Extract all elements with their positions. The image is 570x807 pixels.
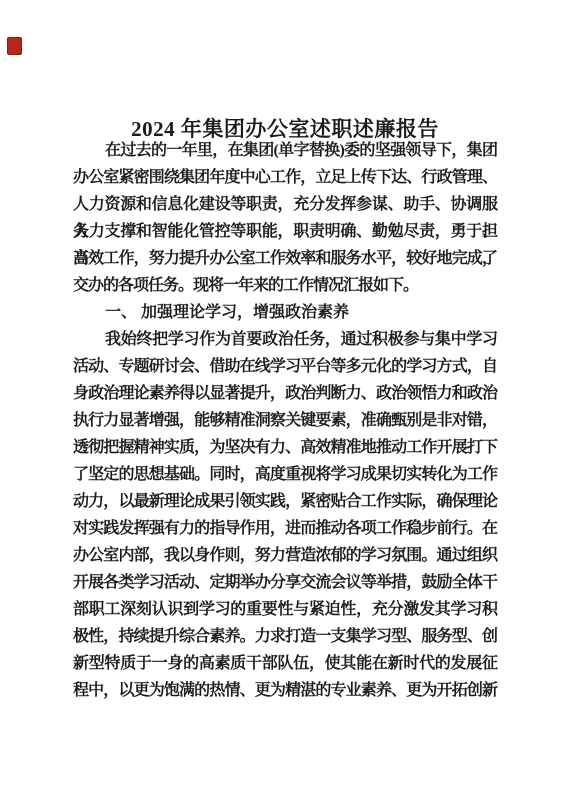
text-line: 了坚定的思想基础。同时，高度重视将学习成果切实转化为工作 <box>73 461 497 488</box>
text-line: 部职工深刻认识到学习的重要性与紧迫性，充分激发其学习积 <box>73 596 497 623</box>
text-line: 高效工作，努力提升办公室工作效率和服务水平，较好地完成了 <box>73 245 497 272</box>
text-line: 动力，以最新理论成果引领实践，紧密贴合工作实际，确保理论 <box>73 488 497 515</box>
text-line: 交办的各项任务。现将一年来的工作情况汇报如下。 <box>73 272 497 299</box>
text-line: 人力支撑和智能化管控等职能，职责明确、勤勉尽责，勇于担当， <box>73 218 497 245</box>
text-line: 程中，以更为饱满的热情、更为精湛的专业素养、更为开拓创新 <box>73 677 497 704</box>
text-line: 新型特质于一身的高素质干部队伍，使其能在新时代的发展征 <box>73 650 497 677</box>
text-line: 身政治理论素养得以显著提升，政治判断力、政治领悟力和政治 <box>73 380 497 407</box>
red-stamp-icon <box>7 37 22 55</box>
text-line: 在过去的一年里，在集团(单字替换)委的坚强领导下，集团 <box>73 137 497 164</box>
text-line: 办公室紧密围绕集团年度中心工作，立足上传下达、行政管理、 <box>73 164 497 191</box>
text-line: 执行力显著增强，能够精准洞察关键要素，准确甄别是非对错， <box>73 407 497 434</box>
document-body: 在过去的一年里，在集团(单字替换)委的坚强领导下，集团办公室紧密围绕集团年度中心… <box>73 137 497 704</box>
document-page: 2024 年集团办公室述职述廉报告 在过去的一年里，在集团(单字替换)委的坚强领… <box>0 0 570 807</box>
text-line: 人力资源和信息化建设等职责，充分发挥参谋、助手、协调服务、 <box>73 191 497 218</box>
text-line: 办公室内部，我以身作则，努力营造浓郁的学习氛围。通过组织 <box>73 542 497 569</box>
text-line: 我始终把学习作为首要政治任务，通过积极参与集中学习 <box>73 326 497 353</box>
text-line: 活动、专题研讨会、借助在线学习平台等多元化的学习方式，自 <box>73 353 497 380</box>
text-line: 对实践发挥强有力的指导作用，进而推动各项工作稳步前行。在 <box>73 515 497 542</box>
section-heading: 一、 加强理论学习，增强政治素养 <box>73 299 497 326</box>
text-line: 透彻把握精神实质，为坚决有力、高效精准地推动工作开展打下 <box>73 434 497 461</box>
text-line: 开展各类学习活动、定期举办分享交流会议等举措，鼓励全体干 <box>73 569 497 596</box>
text-line: 极性，持续提升综合素养。力求打造一支集学习型、服务型、创 <box>73 623 497 650</box>
